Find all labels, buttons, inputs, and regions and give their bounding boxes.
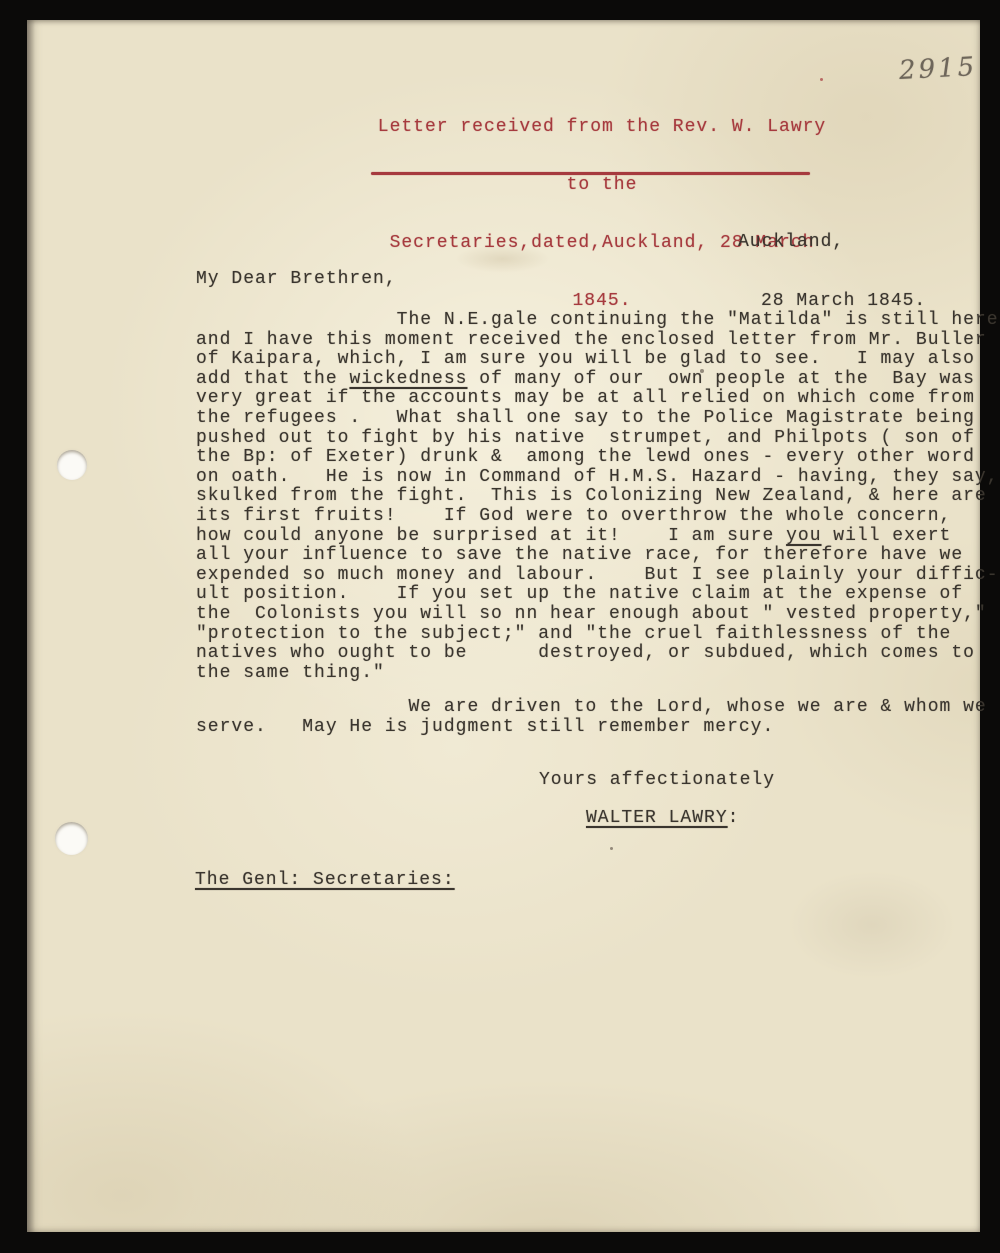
ink-fleck	[610, 847, 613, 850]
dateline-place: Auckland,	[738, 233, 926, 253]
heading-line-1: Letter received from the Rev. W. Lawry	[376, 118, 828, 137]
body-paragraph-1: The N.E.gale continuing the "Matilda" is…	[196, 311, 1000, 683]
paper-bleedthrough	[787, 870, 957, 980]
letter-page: 2915 Letter received from the Rev. W. La…	[27, 20, 980, 1232]
heading-rule	[371, 172, 810, 175]
body-paragraph-2: We are driven to the Lord, whose we are …	[196, 698, 1000, 737]
addressee: The Genl: Secretaries:	[195, 871, 455, 891]
paper-left-edge-shadow	[27, 20, 35, 1232]
punch-hole-top	[57, 450, 87, 480]
salutation: My Dear Brethren,	[196, 270, 397, 290]
heading-line-2: to the	[376, 176, 828, 195]
handwritten-number: 2915	[898, 52, 978, 86]
signature: WALTER LAWRY:	[586, 809, 739, 829]
punch-hole-bottom	[55, 822, 88, 855]
dateline-date: 28 March 1845.	[761, 292, 926, 312]
valediction: Yours affectionately	[539, 771, 775, 791]
scan-background: 2915 Letter received from the Rev. W. La…	[0, 0, 1000, 1253]
